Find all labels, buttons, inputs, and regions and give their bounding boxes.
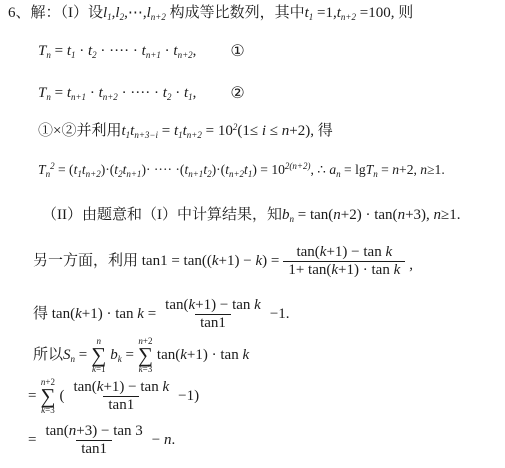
equation-1-tag: ① [230,42,244,62]
fraction-denominator: tan1 [195,314,231,332]
fraction-numerator: tan(k+1) − tan k [160,297,266,314]
sigma-symbol: ∑ [138,346,153,365]
final-result-prefix: = [28,431,36,450]
summation-2: n+2 ∑ k=3 [138,337,153,374]
sn-sum-mid: bk = [110,346,134,365]
equation-1: Tn = t1 · t2 · ···· · tn+1 · tn+2, ① [38,42,245,62]
equation-1-formula: Tn = t1 · t2 · ···· · tn+1 · tn+2, [38,42,196,61]
solution-step-product-formula: 得 tan(k+1) · tan k = tan(k+1) − tan k ta… [33,297,290,333]
solution-step-result-an: Tn2 = (t1tn+2)·(t2tn+1)· ···· ·(tn+1t2)·… [38,161,445,180]
multiply-text: ①×②并利用t1tn+3−i = t1tn+2 = 102(1≤ i ≤ n+2… [38,122,333,141]
solution-step-final-result: = tan(n+3) − tan 3 tan1 − n. [28,423,175,459]
part2-text: （II）由题意和（I）中计算结果，知bn = tan(n+2) · tan(n+… [42,206,461,225]
solution-step-tan-identity: 另一方面，利用 tan1 = tan((k+1) − k) = tan(k+1)… [33,244,413,280]
summation-lower-limit: k=3 [139,365,153,374]
sigma-symbol: ∑ [91,346,106,365]
fraction-denominator: tan1 [103,396,139,414]
summation-lower-limit: k=1 [92,365,106,374]
tan-identity-fraction: tan(k+1) − tan k 1+ tan(k+1) · tan k [283,244,405,280]
math-solution-document: { "page": { "background": "#ffffff", "te… [0,0,505,468]
fraction-numerator: tan(n+3) − tan 3 [40,423,147,440]
solution-step-sn-sum: 所以Sn = n ∑ k=1 bk = n+2 ∑ k=3 tan(k+1) ·… [33,337,249,374]
solution-step-part2: （II）由题意和（I）中计算结果，知bn = tan(n+2) · tan(n+… [42,206,461,225]
sum-expanded-close: −1) [178,387,199,406]
sigma-symbol: ∑ [40,387,55,406]
fraction-numerator: tan(k+1) − tan k [68,379,174,396]
sum-expanded-prefix: = [28,387,36,406]
result-an-text: Tn2 = (t1tn+2)·(t2tn+1)· ···· ·(tn+1t2)·… [38,161,445,180]
summation-lower-limit: k=3 [41,406,55,415]
product-formula-suffix: −1. [270,305,290,324]
tan-identity-prefix: 另一方面，利用 tan1 = tan((k+1) − k) = [33,252,279,271]
solution-step-setup: 6、解：（I）设l1,l2,⋯,ln+2 构成等比数列，其中t1 =1,tn+2… [8,4,413,23]
sn-sum-prefix: 所以Sn = [33,346,87,365]
sum-expanded-fraction: tan(k+1) − tan k tan1 [68,379,174,415]
final-result-suffix: − n. [152,431,175,450]
solution-step-sum-expanded: = n+2 ∑ k=3 ( tan(k+1) − tan k tan1 −1) [28,378,199,415]
product-formula-fraction: tan(k+1) − tan k tan1 [160,297,266,333]
summation-1: n ∑ k=1 [91,337,106,374]
summation-3: n+2 ∑ k=3 [40,378,55,415]
fraction-denominator: tan1 [76,440,112,458]
tan-identity-suffix: , [409,256,413,280]
solution-step-multiply: ①×②并利用t1tn+3−i = t1tn+2 = 102(1≤ i ≤ n+2… [38,122,333,141]
setup-text: 6、解：（I）设l1,l2,⋯,ln+2 构成等比数列，其中t1 =1,tn+2… [8,4,413,23]
final-result-fraction: tan(n+3) − tan 3 tan1 [40,423,147,459]
product-formula-prefix: 得 tan(k+1) · tan k = [33,305,156,324]
equation-2-formula: Tn = tn+1 · tn+2 · ···· · t2 · t1, [38,84,196,103]
fraction-numerator: tan(k+1) − tan k [291,244,397,261]
sum-expanded-open-paren: ( [59,387,64,406]
equation-2-tag: ② [230,84,244,104]
sn-sum-suffix: tan(k+1) · tan k [157,346,249,365]
equation-2: Tn = tn+1 · tn+2 · ···· · t2 · t1, ② [38,84,245,104]
fraction-denominator: 1+ tan(k+1) · tan k [283,261,405,279]
